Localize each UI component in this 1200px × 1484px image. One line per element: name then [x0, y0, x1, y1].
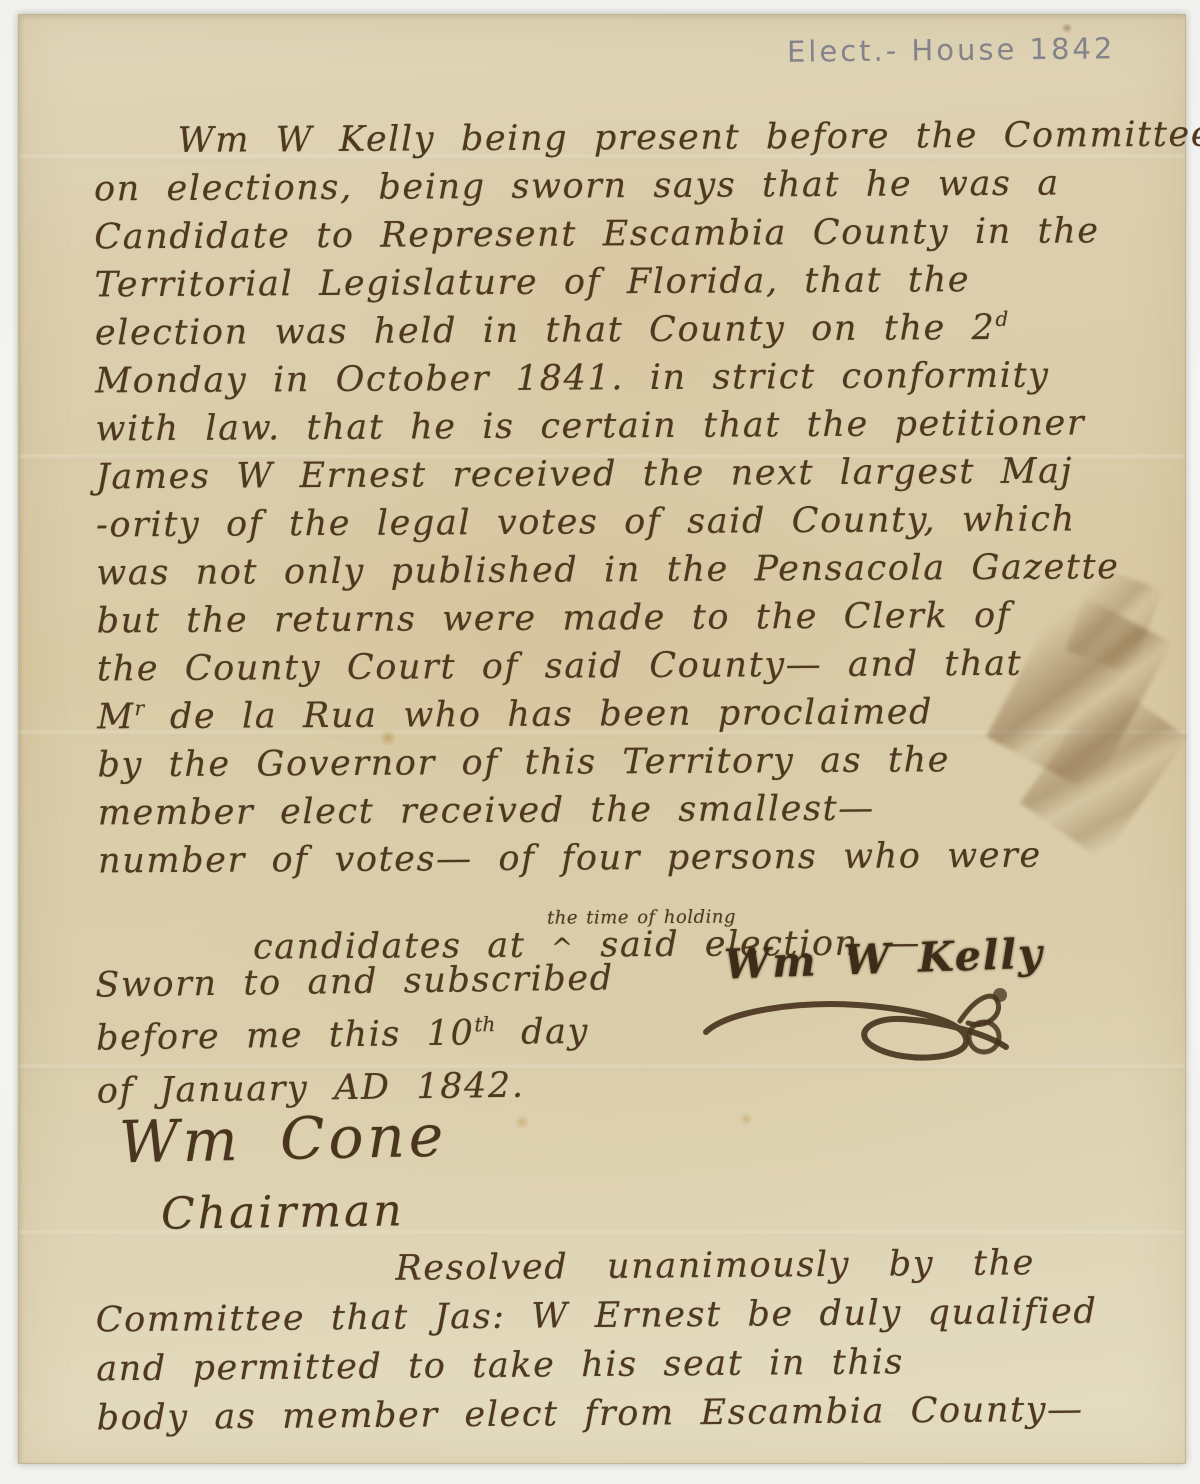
manuscript-line: member elect received the smallest—	[98, 774, 1200, 829]
chairman-signature: Wm Cone	[118, 1102, 447, 1177]
resolution-block: Resolved unanimously by the Committee th…	[95, 1239, 1098, 1444]
manuscript-line: Mr de la Rua who has been proclaimed	[97, 678, 1200, 733]
resolution-line: and permitted to take his seat in this	[96, 1337, 1098, 1395]
manuscript-line: Monday in October 1841. in strict confor…	[95, 342, 1200, 397]
jurat-line: of January AD 1842.	[96, 1049, 615, 1109]
line-superscript: th	[474, 1012, 495, 1036]
manuscript-page: Elect.- House 1842 Wm W Kelly being pres…	[18, 14, 1186, 1464]
ink-stain	[514, 1115, 530, 1129]
ink-stain	[739, 1113, 753, 1125]
manuscript-line: the County Court of said County— and tha…	[97, 630, 1200, 685]
resolution-line: Committee that Jas: W Ernest be duly qua…	[96, 1288, 1098, 1346]
line-text: day	[495, 1012, 589, 1053]
line-text: number of votes— of four persons who wer…	[98, 836, 1042, 882]
manuscript-line: -ority of the legal votes of said County…	[96, 486, 1200, 541]
jurat-line: Sworn to and subscribed	[95, 943, 614, 1003]
signature-block: Wm W Kelly	[724, 935, 1044, 983]
manuscript-line: was not only published in the Pensacola …	[96, 534, 1200, 589]
chairman-title: Chairman	[161, 1185, 405, 1239]
manuscript-line: by the Governor of this Territory as the	[97, 726, 1200, 781]
manuscript-line: Candidate to Represent Escambia County i…	[94, 198, 1200, 253]
archival-annotation: Elect.- House 1842	[787, 31, 1116, 68]
resolution-line: body as member elect from Escambia Count…	[96, 1386, 1098, 1444]
manuscript-line: on elections, being sworn says that he w…	[94, 150, 1200, 205]
testimony-body: Wm W Kelly being present before the Comm…	[94, 102, 1200, 925]
manuscript-line: with law. that he is certain that the pe…	[95, 390, 1200, 445]
manuscript-line: James W Ernest received the next largest…	[96, 438, 1200, 493]
jurat-block: Sworn to and subscribed before me this 1…	[95, 943, 615, 1109]
line-superscript: r	[135, 696, 145, 720]
manuscript-line: but the returns were made to the Clerk o…	[96, 582, 1200, 637]
manuscript-line: Wm W Kelly being present before the Comm…	[94, 102, 1200, 157]
manuscript-line: election was held in that County on the …	[95, 294, 1200, 349]
interlinear-insertion: the time of holding	[547, 894, 736, 943]
manuscript-line: number of votes— of four persons who wer…	[98, 822, 1200, 877]
resolution-line: Resolved unanimously by the	[95, 1239, 1097, 1297]
jurat-line: before me this 10th day	[96, 996, 615, 1056]
signature-flourish	[698, 977, 1048, 1077]
line-superscript: d	[995, 307, 1008, 331]
manuscript-line: Territorial Legislature of Florida, that…	[94, 246, 1200, 301]
